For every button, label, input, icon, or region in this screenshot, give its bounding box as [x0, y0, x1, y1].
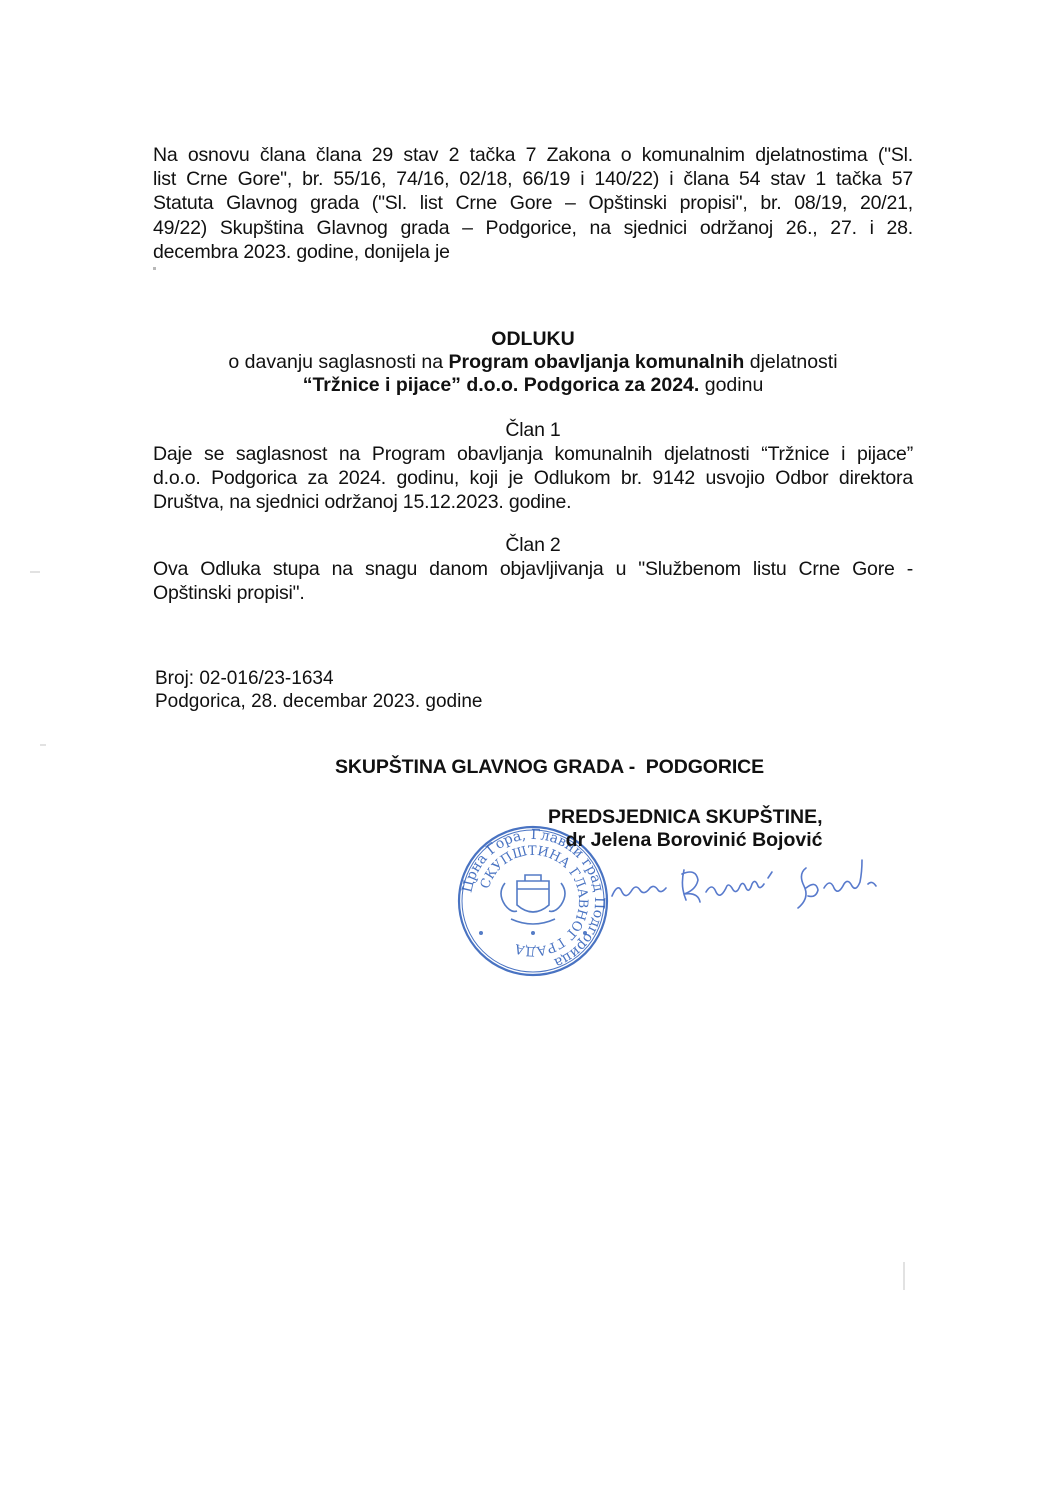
subtitle-bold-text: “Tržnice i pijace” d.o.o. Podgorica za 2… [303, 374, 700, 396]
article-line: Društva, na sjednici održanoj 15.12.2023… [153, 490, 913, 514]
scan-artifact [153, 267, 156, 270]
article-1: Član 1 Daje se saglasnost na Program oba… [153, 418, 913, 514]
handwritten-signature-icon [610, 848, 910, 918]
scan-artifact [30, 571, 40, 573]
article-heading: Član 1 [153, 418, 913, 442]
article-line: Daje se saglasnost na Program obavljanja… [153, 442, 913, 466]
place-and-date: Podgorica, 28. decembar 2023. godine [155, 690, 482, 713]
signatory-block: PREDSJEDNICA SKUPŠTINE, dr Jelena Borovi… [548, 806, 823, 852]
subtitle-text: o davanju saglasnosti na [228, 351, 448, 373]
signatory-title: PREDSJEDNICA SKUPŠTINE, [548, 806, 823, 829]
article-2: Član 2 Ova Odluka stupa na snagu danom o… [153, 533, 913, 605]
decision-title-block: ODLUKU o davanju saglasnosti na Program … [153, 328, 913, 397]
article-line: Ova Odluka stupa na snagu danom objavlji… [153, 557, 913, 581]
subtitle-bold-text: Program obavljanja komunalnih [449, 351, 745, 373]
preamble-line: decembra 2023. godine, donijela je [153, 240, 913, 264]
document-meta: Broj: 02-016/23-1634 Podgorica, 28. dece… [155, 667, 482, 713]
reference-number: Broj: 02-016/23-1634 [155, 667, 482, 690]
scan-artifact [903, 1262, 905, 1290]
stamp-inner-text: СКУПШТИНА ГЛАВНОГ ГРАДА [478, 844, 590, 958]
article-heading: Član 2 [153, 533, 913, 557]
subtitle-text: djelatnosti [744, 351, 837, 373]
scan-artifact [40, 744, 46, 746]
preamble-line: 49/22) Skupština Glavnog grada – Podgori… [153, 216, 913, 240]
preamble-line: Statuta Glavnog grada ("Sl. list Crne Go… [153, 191, 913, 215]
preamble-line: list Crne Gore", br. 55/16, 74/16, 02/18… [153, 167, 913, 191]
decision-title: ODLUKU [491, 328, 574, 350]
subtitle-text: godinu [699, 374, 763, 396]
preamble-paragraph: Na osnovu člana člana 29 stav 2 tačka 7 … [153, 143, 913, 264]
assembly-name: SKUPŠTINA GLAVNOG GRADA - PODGORICE [335, 756, 764, 779]
decision-subtitle-line-1: o davanju saglasnosti na Program obavlja… [153, 351, 913, 374]
decision-subtitle-line-2: “Tržnice i pijace” d.o.o. Podgorica za 2… [153, 374, 913, 397]
preamble-line: Na osnovu člana člana 29 stav 2 tačka 7 … [153, 143, 913, 167]
article-line: d.o.o. Podgorica za 2024. godinu, koji j… [153, 466, 913, 490]
article-line: Opštinski propisi". [153, 581, 913, 605]
document-page: Na osnovu člana člana 29 stav 2 tačka 7 … [0, 0, 1058, 1497]
